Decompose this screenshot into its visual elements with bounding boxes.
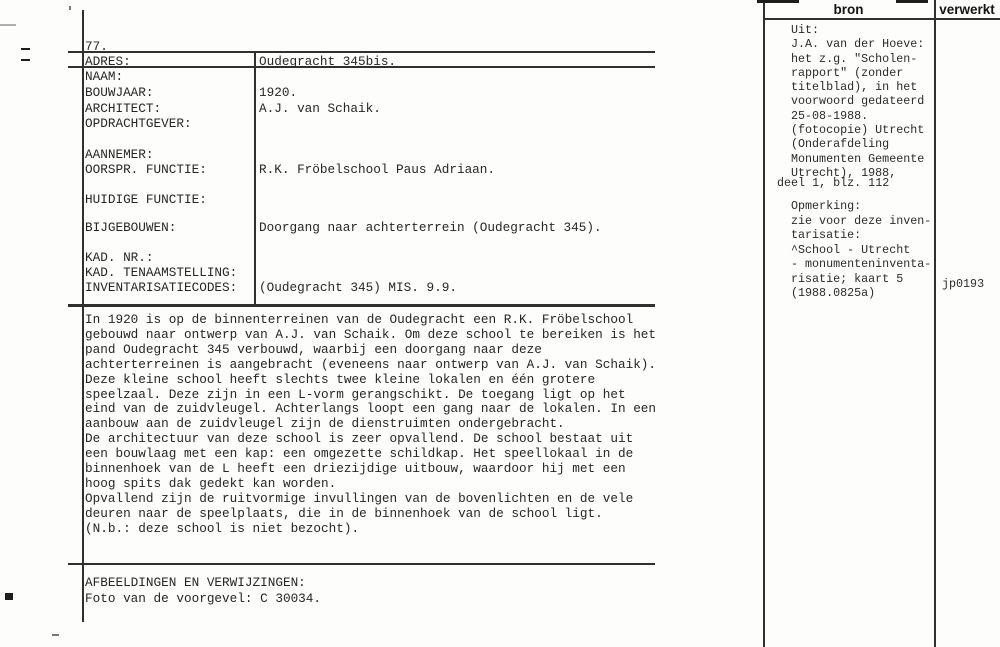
- field-value: A.J. van Schaik.: [259, 102, 381, 116]
- panel-header-rule: [763, 18, 1000, 20]
- field-row-huidige-functie: HUIDIGE FUNCTIE:: [85, 193, 685, 208]
- scan-artifact: [52, 634, 59, 636]
- field-label: OORSPR. FUNCTIE:: [85, 163, 207, 177]
- left-margin-rule: [82, 10, 84, 622]
- inventory-card-scan: 77. ADRES: Oudegracht 345bis. NAAM: BOUW…: [0, 0, 1000, 647]
- field-value: Oudegracht 345bis.: [259, 55, 396, 69]
- field-label: HUIDIGE FUNCTIE:: [85, 193, 207, 207]
- description-text: In 1920 is op de binnenterreinen van de …: [85, 313, 670, 537]
- panel-left-border: [763, 0, 765, 647]
- source-citation-page-line: deel 1, blz. 112: [777, 176, 889, 190]
- rule-above-references: [68, 563, 655, 565]
- scan-artifact: [69, 6, 71, 10]
- field-label: BOUWJAAR:: [85, 86, 154, 100]
- source-citation-text: Uit: J.A. van der Hoeve: het z.g. "Schol…: [791, 23, 924, 180]
- field-label: KAD. NR.:: [85, 251, 154, 265]
- field-label: KAD. TENAAMSTELLING:: [85, 266, 237, 280]
- field-row-kad-nr: KAD. NR.:: [85, 251, 685, 266]
- field-row-architect: ARCHITECT: A.J. van Schaik.: [85, 102, 685, 117]
- references-line: Foto van de voorgevel: C 30034.: [85, 591, 321, 606]
- scan-artifact: [0, 24, 16, 26]
- panel-header-bron: bron: [763, 1, 934, 18]
- field-row-aannemer: AANNEMER:: [85, 148, 685, 163]
- scan-artifact: [21, 48, 30, 50]
- field-row-oorspr-functie: OORSPR. FUNCTIE: R.K. Fröbelschool Paus …: [85, 163, 685, 178]
- field-label: ADRES:: [85, 55, 131, 69]
- field-row-inventarisatiecodes: INVENTARISATIECODES: (Oudegracht 345) MI…: [85, 281, 685, 296]
- field-row-adres: ADRES: Oudegracht 345bis.: [85, 55, 685, 70]
- field-label: BIJGEBOUWEN:: [85, 221, 176, 235]
- field-row-bijgebouwen: BIJGEBOUWEN: Doorgang naar achterterrein…: [85, 221, 685, 236]
- rule-above-adres: [68, 51, 655, 53]
- field-value: 1920.: [259, 86, 297, 100]
- field-label: AANNEMER:: [85, 148, 154, 162]
- card-number: 77.: [85, 40, 108, 53]
- field-label: OPDRACHTGEVER:: [85, 117, 192, 131]
- source-remark-text: Opmerking: zie voor deze inven- tarisati…: [791, 199, 931, 301]
- field-row-naam: NAAM:: [85, 70, 685, 85]
- scan-artifact: [21, 59, 30, 61]
- field-label: INVENTARISATIECODES:: [85, 281, 237, 295]
- field-row-kad-tenaamstelling: KAD. TENAAMSTELLING:: [85, 266, 685, 281]
- verwerkt-code: jp0193: [942, 277, 984, 291]
- panel-header-verwerkt: verwerkt: [934, 1, 1000, 18]
- rule-above-description: [68, 304, 655, 307]
- field-value: R.K. Fröbelschool Paus Adriaan.: [259, 163, 495, 177]
- field-label: NAAM:: [85, 70, 123, 84]
- panel-column-divider: [934, 0, 936, 647]
- field-row-opdrachtgever: OPDRACHTGEVER:: [85, 117, 685, 132]
- field-label: ARCHITECT:: [85, 102, 161, 116]
- field-value: (Oudegracht 345) MIS. 9.9.: [259, 281, 457, 295]
- references-heading: AFBEELDINGEN EN VERWIJZINGEN:: [85, 575, 306, 590]
- scan-artifact: [5, 593, 13, 600]
- field-value: Doorgang naar achterterrein (Oudegracht …: [259, 221, 602, 235]
- field-row-bouwjaar: BOUWJAAR: 1920.: [85, 86, 685, 101]
